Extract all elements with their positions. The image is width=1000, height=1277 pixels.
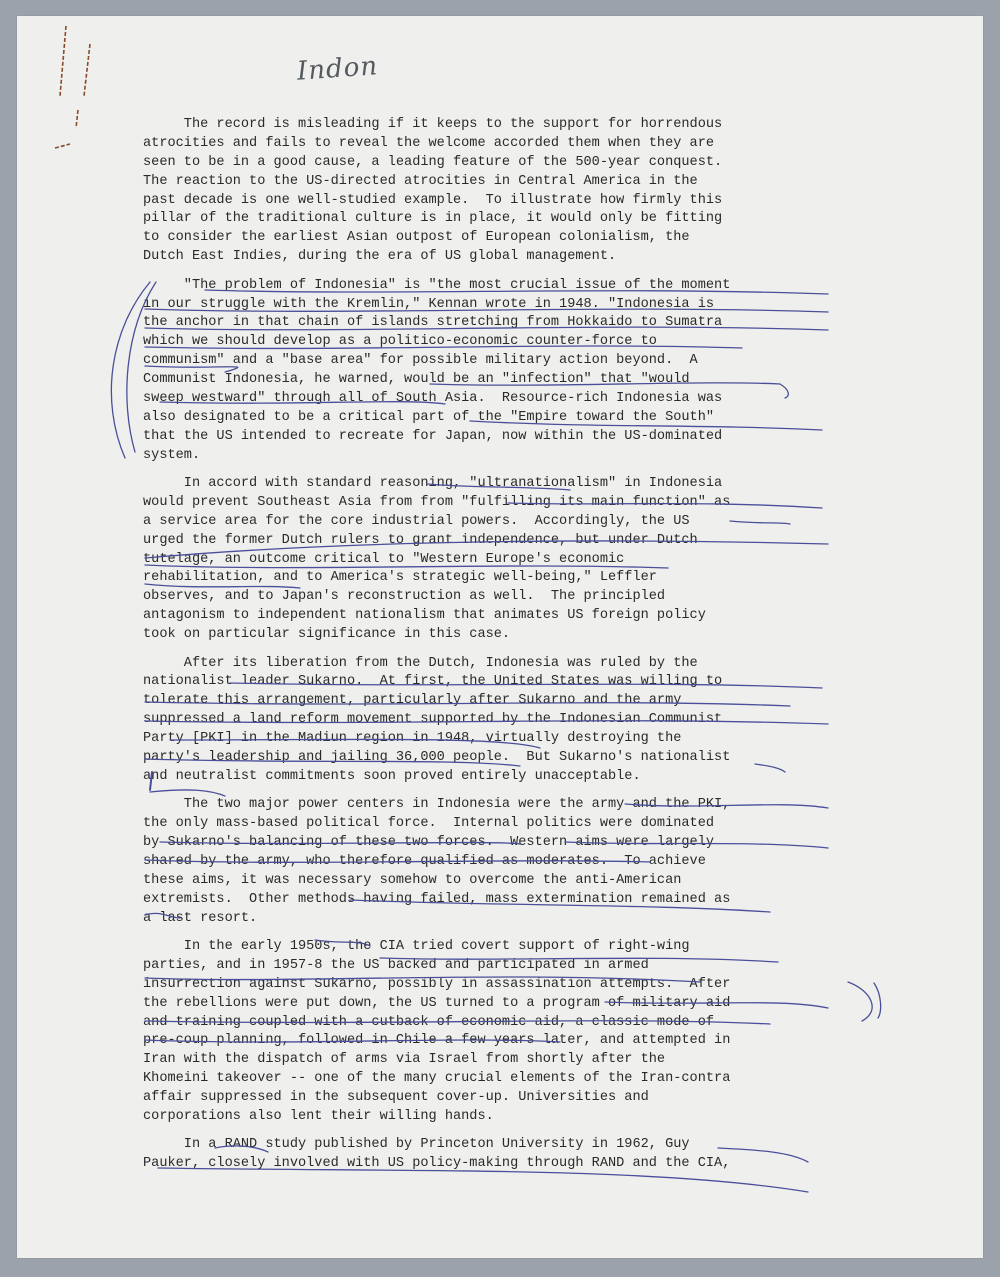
- text-line: nationalist leader Sukarno. At first, th…: [143, 673, 843, 692]
- text-line: system.: [143, 447, 843, 466]
- paragraph-6: In the early 1950s, the CIA tried covert…: [143, 938, 843, 1127]
- text-line: pillar of the traditional culture is in …: [143, 210, 843, 229]
- text-line: also designated to be a critical part of…: [143, 409, 843, 428]
- text-line: the anchor in that chain of islands stre…: [143, 314, 843, 333]
- text-line: seen to be in a good cause, a leading fe…: [143, 154, 843, 173]
- text-line: which we should develop as a politico-ec…: [143, 333, 843, 352]
- paragraph-2: "The problem of Indonesia" is "the most …: [143, 277, 843, 466]
- text-line: and neutralist commitments soon proved e…: [143, 768, 843, 787]
- text-line: suppressed a land reform movement suppor…: [143, 711, 843, 730]
- text-line: Dutch East Indies, during the era of US …: [143, 248, 843, 267]
- text-line: "The problem of Indonesia" is "the most …: [143, 277, 843, 296]
- text-line: took on particular significance in this …: [143, 626, 843, 645]
- text-line: past decade is one well-studied example.…: [143, 192, 843, 211]
- text-line: sweep westward" through all of South Asi…: [143, 390, 843, 409]
- text-line: Khomeini takeover -- one of the many cru…: [143, 1070, 843, 1089]
- text-line: the rebellions were put down, the US tur…: [143, 995, 843, 1014]
- text-line: a service area for the core industrial p…: [143, 513, 843, 532]
- text-line: In the early 1950s, the CIA tried covert…: [143, 938, 843, 957]
- text-line: the only mass-based political force. Int…: [143, 815, 843, 834]
- text-line: affair suppressed in the subsequent cove…: [143, 1089, 843, 1108]
- text-line: Communist Indonesia, he warned, would be…: [143, 371, 843, 390]
- text-line: observes, and to Japan's reconstruction …: [143, 588, 843, 607]
- text-line: communism" and a "base area" for possibl…: [143, 352, 843, 371]
- text-line: rehabilitation, and to America's strateg…: [143, 569, 843, 588]
- text-line: In a RAND study published by Princeton U…: [143, 1136, 843, 1155]
- text-line: atrocities and fails to reveal the welco…: [143, 135, 843, 154]
- handwritten-annotation-title: Indon: [296, 51, 379, 87]
- text-line: In accord with standard reasoning, "ultr…: [143, 475, 843, 494]
- paragraph-4: After its liberation from the Dutch, Ind…: [143, 655, 843, 787]
- text-line: The record is misleading if it keeps to …: [143, 116, 843, 135]
- paragraph-1: The record is misleading if it keeps to …: [143, 116, 843, 267]
- paragraph-7: In a RAND study published by Princeton U…: [143, 1136, 843, 1174]
- text-line: by Sukarno's balancing of these two forc…: [143, 834, 843, 853]
- text-line: Party [PKI] in the Madiun region in 1948…: [143, 730, 843, 749]
- text-line: that the US intended to recreate for Jap…: [143, 428, 843, 447]
- text-line: antagonism to independent nationalism th…: [143, 607, 843, 626]
- text-line: urged the former Dutch rulers to grant i…: [143, 532, 843, 551]
- text-line: Pauker, closely involved with US policy-…: [143, 1155, 843, 1174]
- text-line: shared by the army, who therefore qualif…: [143, 853, 843, 872]
- text-line: tolerate this arrangement, particularly …: [143, 692, 843, 711]
- text-line: Iran with the dispatch of arms via Israe…: [143, 1051, 843, 1070]
- text-line: The two major power centers in Indonesia…: [143, 796, 843, 815]
- text-line: party's leadership and jailing 36,000 pe…: [143, 749, 843, 768]
- text-line: a last resort.: [143, 910, 843, 929]
- typewritten-text-body: The record is misleading if it keeps to …: [143, 116, 843, 1184]
- text-line: After its liberation from the Dutch, Ind…: [143, 655, 843, 674]
- text-line: parties, and in 1957-8 the US backed and…: [143, 957, 843, 976]
- text-line: would prevent Southeast Asia from from "…: [143, 494, 843, 513]
- text-line: these aims, it was necessary somehow to …: [143, 872, 843, 891]
- text-line: pre-coup planning, followed in Chile a f…: [143, 1032, 843, 1051]
- text-line: The reaction to the US-directed atrociti…: [143, 173, 843, 192]
- text-line: tutelage, an outcome critical to "Wester…: [143, 551, 843, 570]
- paragraph-3: In accord with standard reasoning, "ultr…: [143, 475, 843, 645]
- text-line: and training coupled with a cutback of e…: [143, 1014, 843, 1033]
- text-line: in our struggle with the Kremlin," Kenna…: [143, 296, 843, 315]
- text-line: corporations also lent their willing han…: [143, 1108, 843, 1127]
- paragraph-5: The two major power centers in Indonesia…: [143, 796, 843, 928]
- text-line: extremists. Other methods having failed,…: [143, 891, 843, 910]
- text-line: to consider the earliest Asian outpost o…: [143, 229, 843, 248]
- text-line: insurrection against Sukarno, possibly i…: [143, 976, 843, 995]
